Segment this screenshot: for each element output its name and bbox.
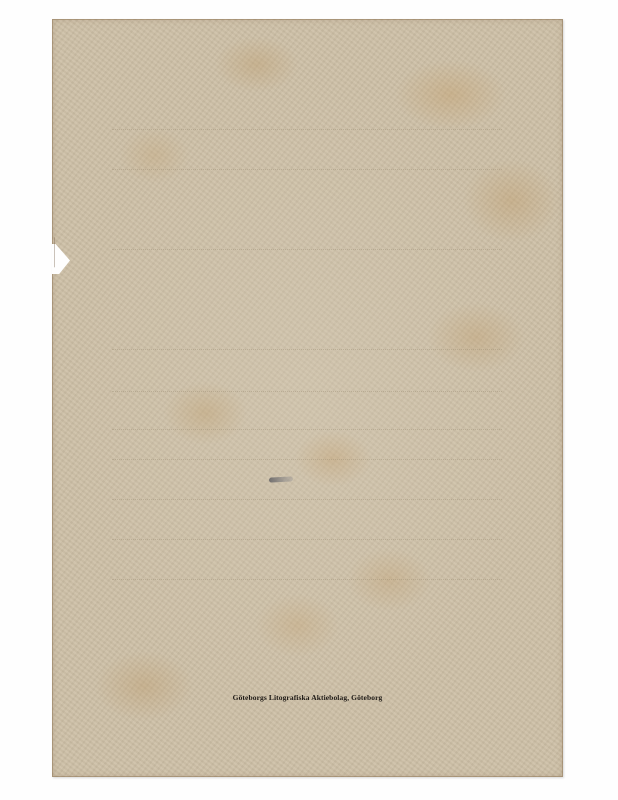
ink-mark xyxy=(269,476,293,482)
show-through-line xyxy=(112,129,502,131)
show-through-line xyxy=(112,391,502,393)
printer-imprint: Göteborgs Litografiska Aktiebolag, Göteb… xyxy=(52,693,563,702)
scan-background: Göteborgs Litografiska Aktiebolag, Göteb… xyxy=(0,0,618,800)
edge-tear-crease xyxy=(54,237,77,283)
show-through-line xyxy=(112,539,502,541)
show-through-line xyxy=(112,249,502,251)
show-through-line xyxy=(112,579,502,581)
show-through-line xyxy=(112,459,502,461)
show-through-line xyxy=(112,499,502,501)
show-through-line xyxy=(112,169,502,171)
cover-page: Göteborgs Litografiska Aktiebolag, Göteb… xyxy=(52,19,563,777)
show-through-line xyxy=(112,429,502,431)
show-through-line xyxy=(112,349,502,351)
